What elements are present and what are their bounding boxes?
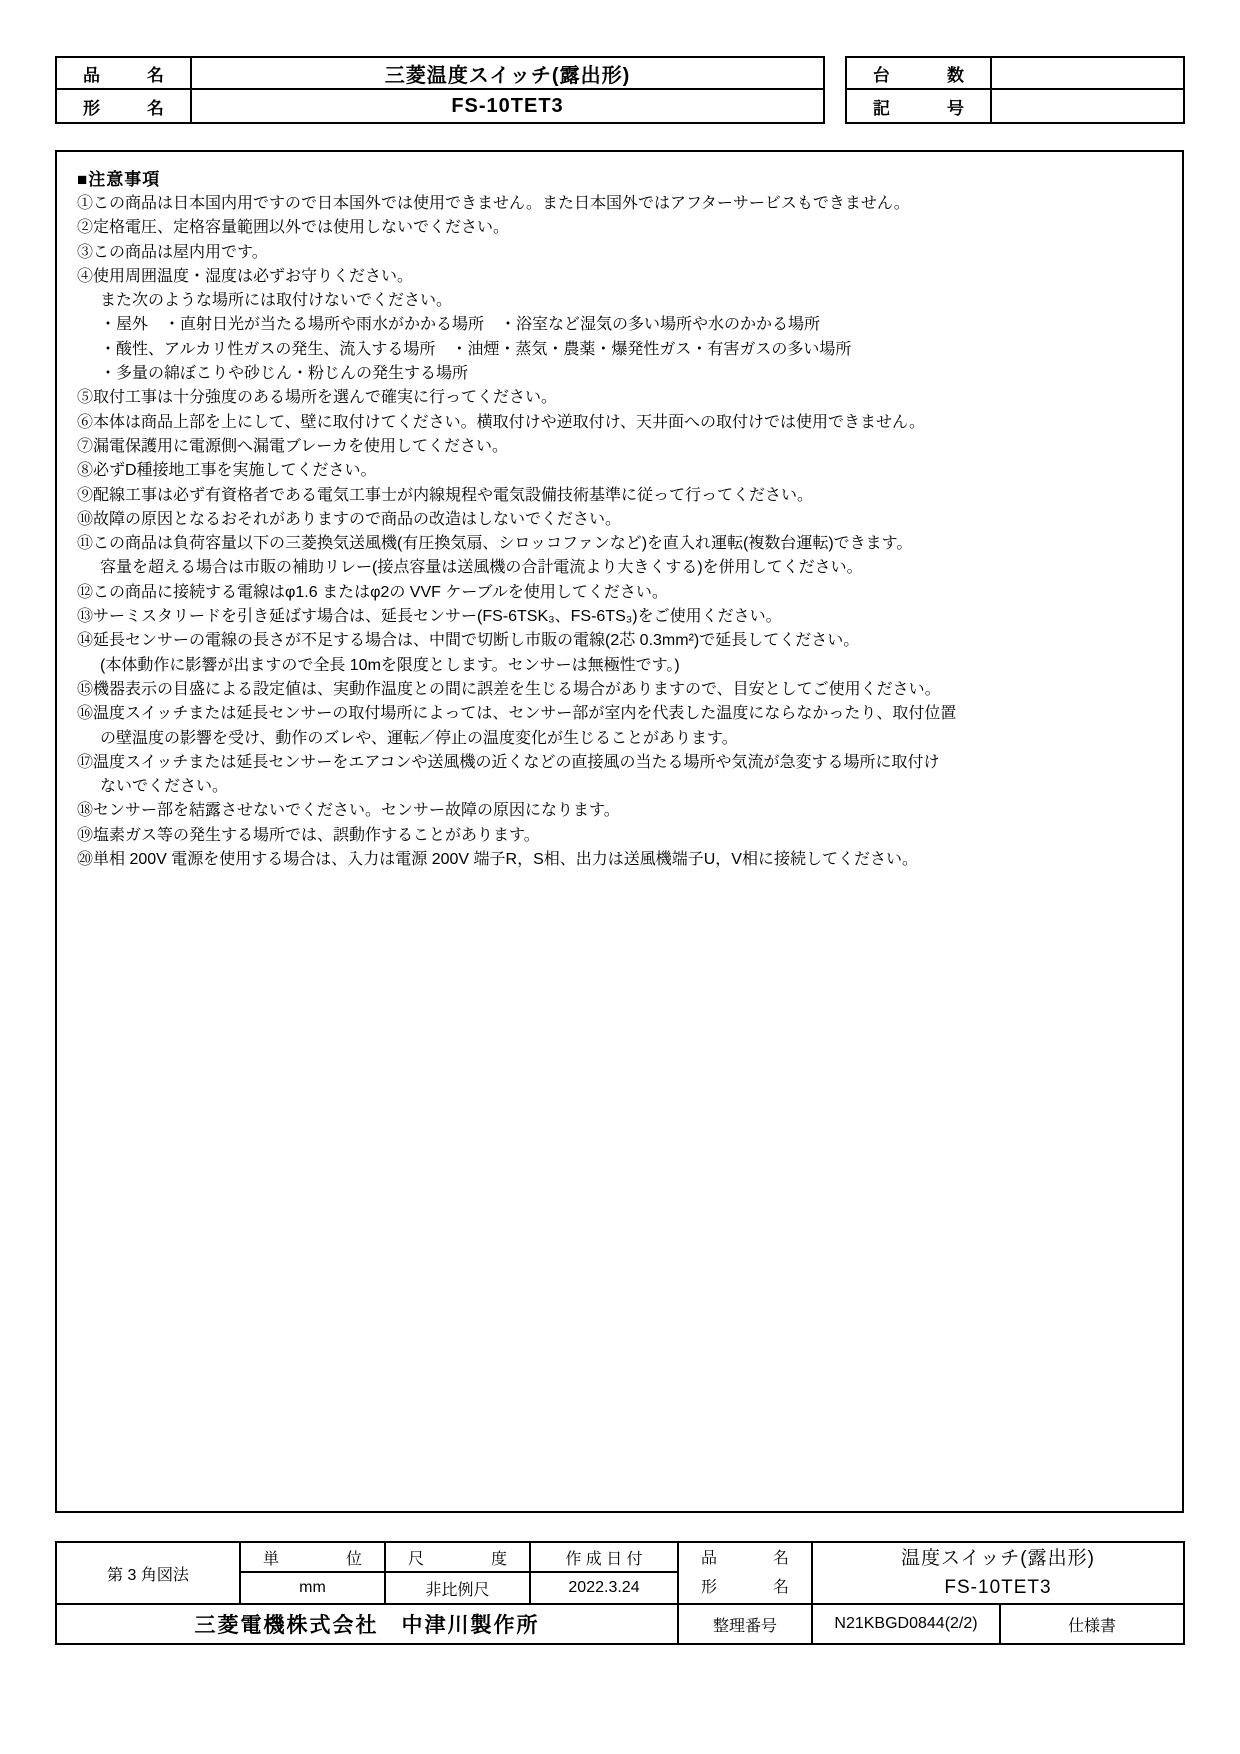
- notice-list: ①この商品は日本国内用ですので日本国外では使用できません。また日本国外ではアフタ…: [57, 192, 1182, 872]
- projection-cell: 第 3 角図法: [57, 1543, 241, 1605]
- scale-label-cell: 尺 度: [386, 1543, 531, 1573]
- footer-name-model-value-cell: 温度スイッチ(露出形) FS-10TET3: [813, 1543, 1183, 1605]
- note-line: ②定格電圧、定格容量範囲以外では使用しないでください。: [57, 216, 1182, 240]
- note-line: ⑦漏電保護用に電源側へ漏電ブレーカを使用してください。: [57, 435, 1182, 459]
- header-meta-table: 台 数 記 号: [845, 56, 1185, 124]
- note-line: ⑪この商品は負荷容量以下の三菱換気送風機(有圧換気扇、シロッコファンなど)を直入…: [57, 532, 1182, 556]
- note-line: ・多量の綿ぼこりや砂じん・粉じんの発生する場所: [57, 362, 1182, 386]
- note-line: ⑧必ずD種接地工事を実施してください。: [57, 459, 1182, 483]
- ref-label-cell: 整理番号: [679, 1605, 813, 1643]
- footer-model-label: 形 名: [679, 1573, 811, 1602]
- symbol-label: 記 号: [847, 94, 990, 119]
- note-line: ③この商品は屋内用です。: [57, 241, 1182, 265]
- note-line: (本体動作に影響が出ますので全長 10mを限度とします。センサーは無極性です。): [57, 654, 1182, 678]
- doc-type-cell: 仕様書: [1001, 1605, 1183, 1643]
- note-line: 容量を超える場合は市販の補助リレー(接点容量は送風機の合計電流より大きくする)を…: [57, 556, 1182, 580]
- note-line: ⑥本体は商品上部を上にして、壁に取付けてください。横取付けや逆取付け、天井面への…: [57, 411, 1182, 435]
- quantity-label-cell: 台 数: [847, 58, 992, 90]
- footer-name-label: 品 名: [679, 1544, 811, 1573]
- note-line: ⑲塩素ガス等の発生する場所では、誤動作することがあります。: [57, 824, 1182, 848]
- footer-title-block: 第 3 角図法 単 位 mm 尺 度 非比例尺 作 成 日 付 2022.3.2…: [55, 1541, 1185, 1645]
- company-name: 三菱電機株式会社 中津川製作所: [195, 1609, 540, 1639]
- header-product-table: 品 名 三菱温度スイッチ(露出形) 形 名 FS-10TET3: [55, 56, 825, 124]
- product-name-label-cell: 品 名: [57, 58, 192, 90]
- scale-label: 尺 度: [386, 1546, 529, 1569]
- model-name-value: FS-10TET3: [451, 95, 563, 118]
- notice-box: ■注意事項 ①この商品は日本国内用ですので日本国外では使用できません。また日本国…: [55, 150, 1184, 1513]
- note-line: ⑳単相 200V 電源を使用する場合は、入力は電源 200V 端子R，S相、出力…: [57, 848, 1182, 872]
- spec-sheet-page: 品 名 三菱温度スイッチ(露出形) 形 名 FS-10TET3 台 数 記 号 …: [0, 0, 1240, 1754]
- note-line: また次のような場所には取付けないでください。: [57, 289, 1182, 313]
- note-line: ⑭延長センサーの電線の長さが不足する場合は、中間で切断し市販の電線(2芯 0.3…: [57, 629, 1182, 653]
- note-line: ⑰温度スイッチまたは延長センサーをエアコンや送風機の近くなどの直接風の当たる場所…: [57, 751, 1182, 775]
- product-name-value-cell: 三菱温度スイッチ(露出形): [192, 58, 823, 90]
- date-label: 作 成 日 付: [565, 1546, 642, 1569]
- note-line: ⑯温度スイッチまたは延長センサーの取付場所によっては、センサー部が室内を代表した…: [57, 702, 1182, 726]
- product-name-label: 品 名: [57, 61, 190, 86]
- scale-value: 非比例尺: [425, 1577, 489, 1600]
- scale-value-cell: 非比例尺: [386, 1573, 531, 1605]
- projection-label: 第 3 角図法: [107, 1562, 189, 1585]
- note-line: ①この商品は日本国内用ですので日本国外では使用できません。また日本国外ではアフタ…: [57, 192, 1182, 216]
- note-line: ・屋外 ・直射日光が当たる場所や雨水がかかる場所 ・浴室など湿気の多い場所や水の…: [57, 313, 1182, 337]
- notice-heading: ■注意事項: [77, 165, 160, 190]
- model-name-value-cell: FS-10TET3: [192, 90, 823, 122]
- footer-name-value: 温度スイッチ(露出形): [813, 1544, 1183, 1573]
- note-line: ⑨配線工事は必ず有資格者である電気工事士が内線規程や電気設備技術基準に従って行っ…: [57, 484, 1182, 508]
- note-line: ⑩故障の原因となるおそれがありますので商品の改造はしないでください。: [57, 508, 1182, 532]
- ref-number-value: N21KBGD0844(2/2): [834, 1615, 977, 1633]
- note-line: ⑫この商品に接続する電線はφ1.6 またはφ2の VVF ケーブルを使用してくだ…: [57, 581, 1182, 605]
- quantity-value-cell: [992, 58, 1183, 90]
- note-line: ⑱センサー部を結露させないでください。センサー故障の原因になります。: [57, 799, 1182, 823]
- symbol-label-cell: 記 号: [847, 90, 992, 122]
- date-value: 2022.3.24: [568, 1579, 639, 1597]
- footer-name-model-label-cell: 品 名 形 名: [679, 1543, 813, 1605]
- note-line: ④使用周囲温度・湿度は必ずお守りください。: [57, 265, 1182, 289]
- quantity-label: 台 数: [847, 61, 990, 86]
- unit-value-cell: mm: [241, 1573, 386, 1605]
- doc-type-label: 仕様書: [1068, 1613, 1116, 1636]
- note-line: ないでください。: [57, 775, 1182, 799]
- date-value-cell: 2022.3.24: [531, 1573, 679, 1605]
- ref-value-cell: N21KBGD0844(2/2): [813, 1605, 1001, 1643]
- company-cell: 三菱電機株式会社 中津川製作所: [57, 1605, 679, 1643]
- symbol-value-cell: [992, 90, 1183, 122]
- date-label-cell: 作 成 日 付: [531, 1543, 679, 1573]
- product-name-value: 三菱温度スイッチ(露出形): [385, 59, 631, 88]
- unit-label: 単 位: [241, 1546, 384, 1569]
- note-line: ⑮機器表示の目盛による設定値は、実動作温度との間に誤差を生じる場合がありますので…: [57, 678, 1182, 702]
- note-line: の壁温度の影響を受け、動作のズレや、運転／停止の温度変化が生じることがあります。: [57, 727, 1182, 751]
- note-line: ⑤取付工事は十分強度のある場所を選んで確実に行ってください。: [57, 386, 1182, 410]
- unit-value: mm: [299, 1579, 326, 1597]
- ref-number-label: 整理番号: [713, 1613, 777, 1636]
- model-name-label-cell: 形 名: [57, 90, 192, 122]
- unit-label-cell: 単 位: [241, 1543, 386, 1573]
- note-line: ⑬サーミスタリードを引き延ばす場合は、延長センサー(FS-6TSK₃、FS-6T…: [57, 605, 1182, 629]
- model-name-label: 形 名: [57, 94, 190, 119]
- note-line: ・酸性、アルカリ性ガスの発生、流入する場所 ・油煙・蒸気・農薬・爆発性ガス・有害…: [57, 338, 1182, 362]
- footer-model-value: FS-10TET3: [813, 1573, 1183, 1602]
